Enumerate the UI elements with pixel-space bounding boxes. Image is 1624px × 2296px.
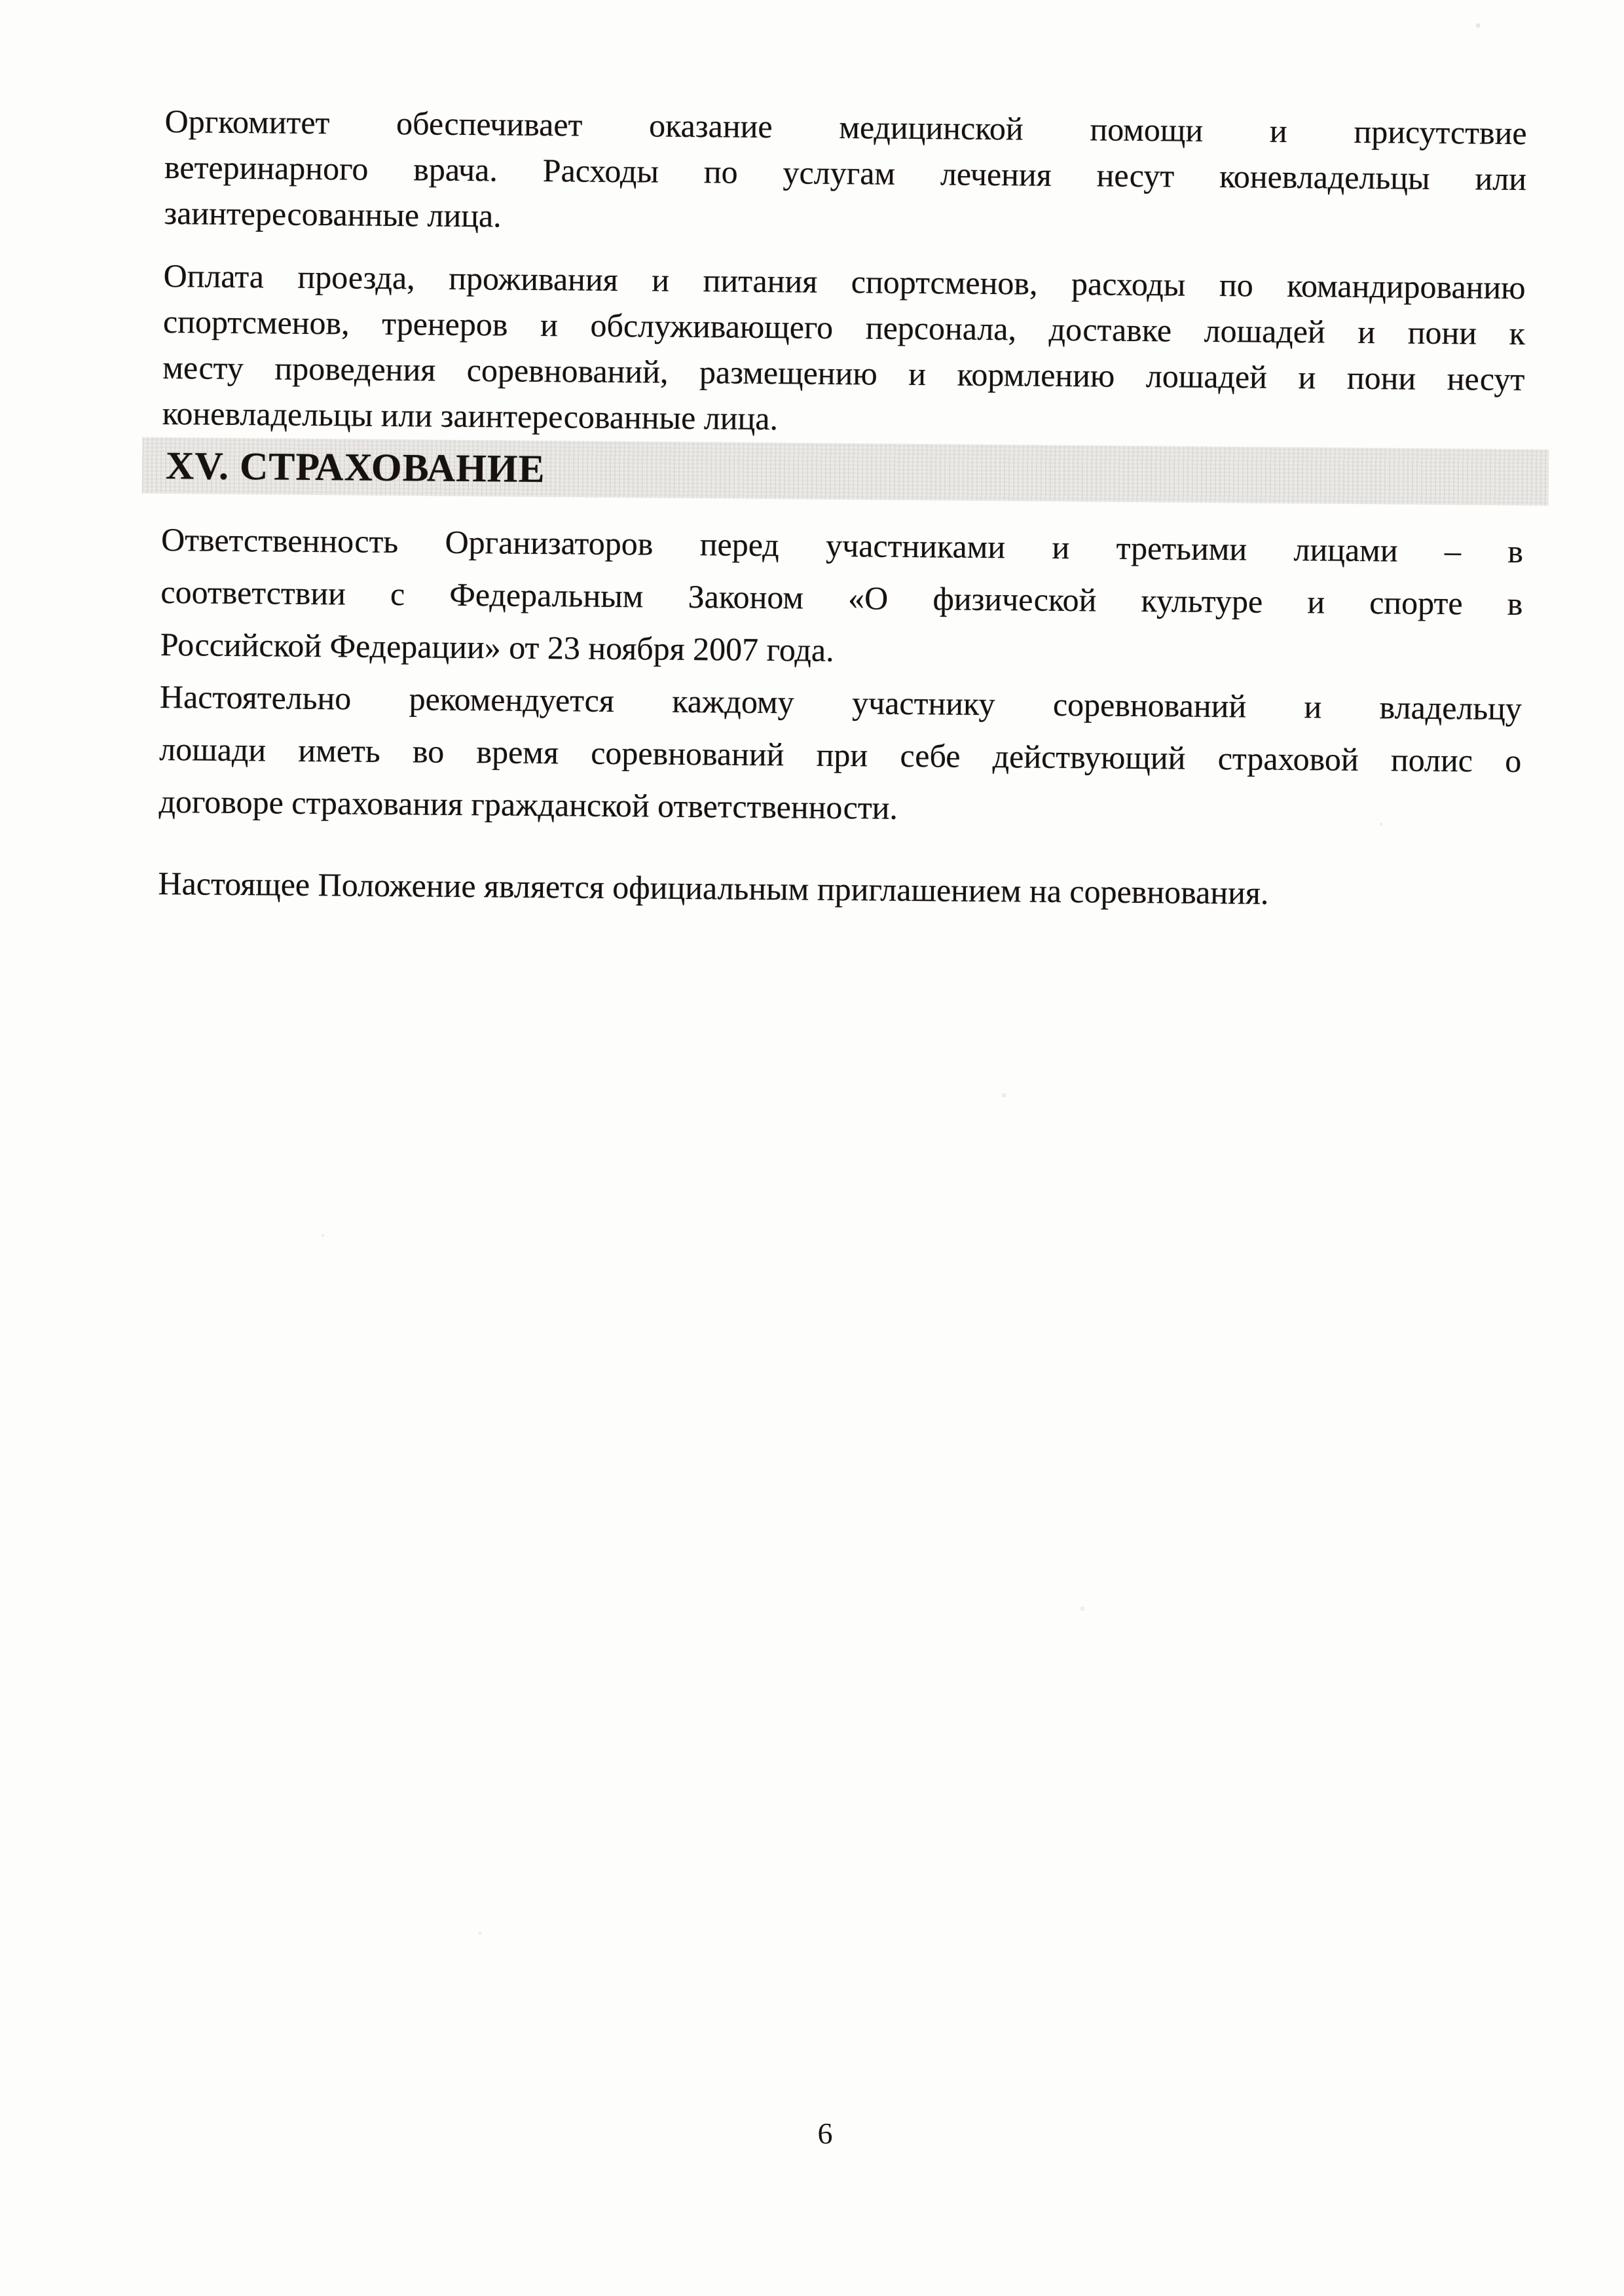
paragraph-medical-aid: Оргкомитет обеспечивает оказание медицин… — [164, 98, 1527, 247]
text-line: Настоящее Положение является официальным… — [158, 860, 1521, 918]
scan-speckles — [0, 0, 1, 1]
section-header-title: XV. СТРАХОВАНИЕ — [166, 443, 545, 492]
insurance-section-body: Ответственность Организаторов перед учас… — [158, 513, 1523, 839]
scanned-document-page: Оргкомитет обеспечивает оказание медицин… — [0, 0, 1624, 2296]
paragraph-insurance-recommendation: Настоятельно рекомендуется каждому участ… — [158, 670, 1522, 839]
page-number: 6 — [753, 2116, 897, 2151]
paragraph-liability: Ответственность Организаторов перед учас… — [160, 513, 1523, 682]
document-content: Оргкомитет обеспечивает оказание медицин… — [158, 98, 1527, 918]
section-header-insurance: XV. СТРАХОВАНИЕ — [142, 437, 1549, 506]
paragraph-travel-costs: Оплата проезда, проживания и питания спо… — [162, 253, 1525, 448]
paragraph-invitation: Настоящее Положение является официальным… — [158, 860, 1521, 918]
